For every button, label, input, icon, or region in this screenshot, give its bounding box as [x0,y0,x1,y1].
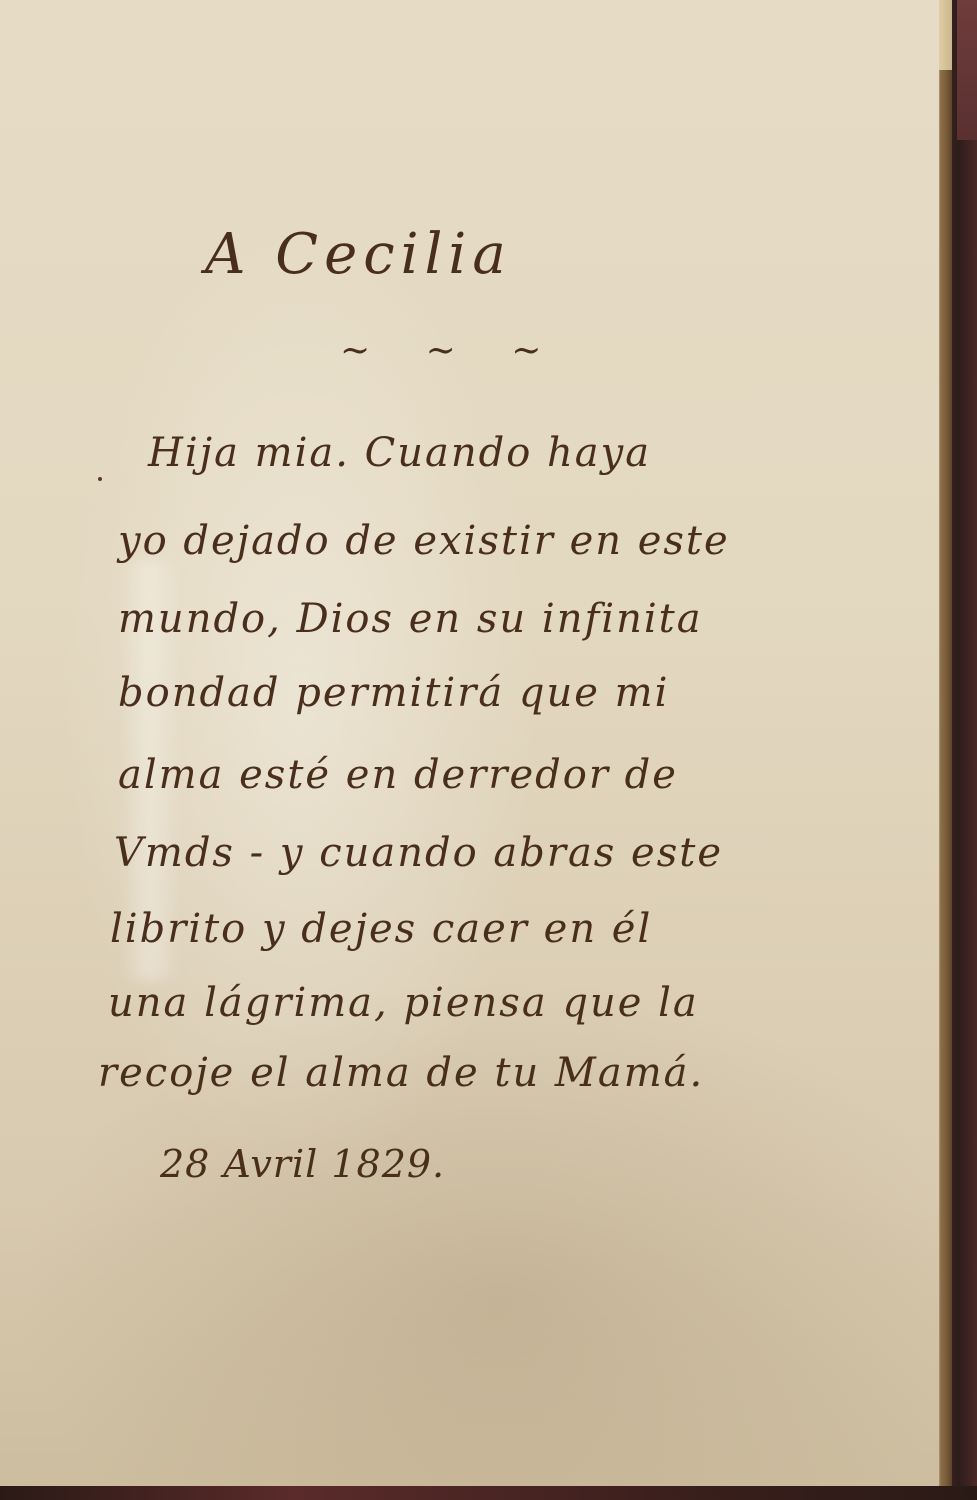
manuscript-photo: A Cecilia ~ ~ ~ Hija mia. Cuando haya yo… [0,0,977,1500]
ink-dot [98,477,102,481]
text-line-5: alma esté en derredor de [118,752,678,798]
text-line-9: recoje el alma de tu Mamá. [98,1050,704,1096]
manuscript-page: A Cecilia ~ ~ ~ Hija mia. Cuando haya yo… [0,0,939,1490]
text-line-7: librito y dejes caer en él [110,906,652,952]
text-line-8: una lágrima, piensa que la [108,980,699,1026]
book-cover-corner [957,0,977,140]
page-title: A Cecilia [205,222,512,287]
page-edges [938,0,952,1500]
book-bottom-edge [0,1486,977,1500]
text-line-1: Hija mia. Cuando haya [148,430,651,476]
text-line-2: yo dejado de existir en este [118,518,730,564]
text-line-6: Vmds - y cuando abras este [114,830,723,876]
text-line-4: bondad permitirá que mi [118,670,669,716]
title-separator: ~ ~ ~ [340,330,563,371]
text-line-3: mundo, Dios en su infinita [118,596,703,642]
page-edges-top [938,0,952,70]
date-signature: 28 Avril 1829. [160,1142,445,1186]
